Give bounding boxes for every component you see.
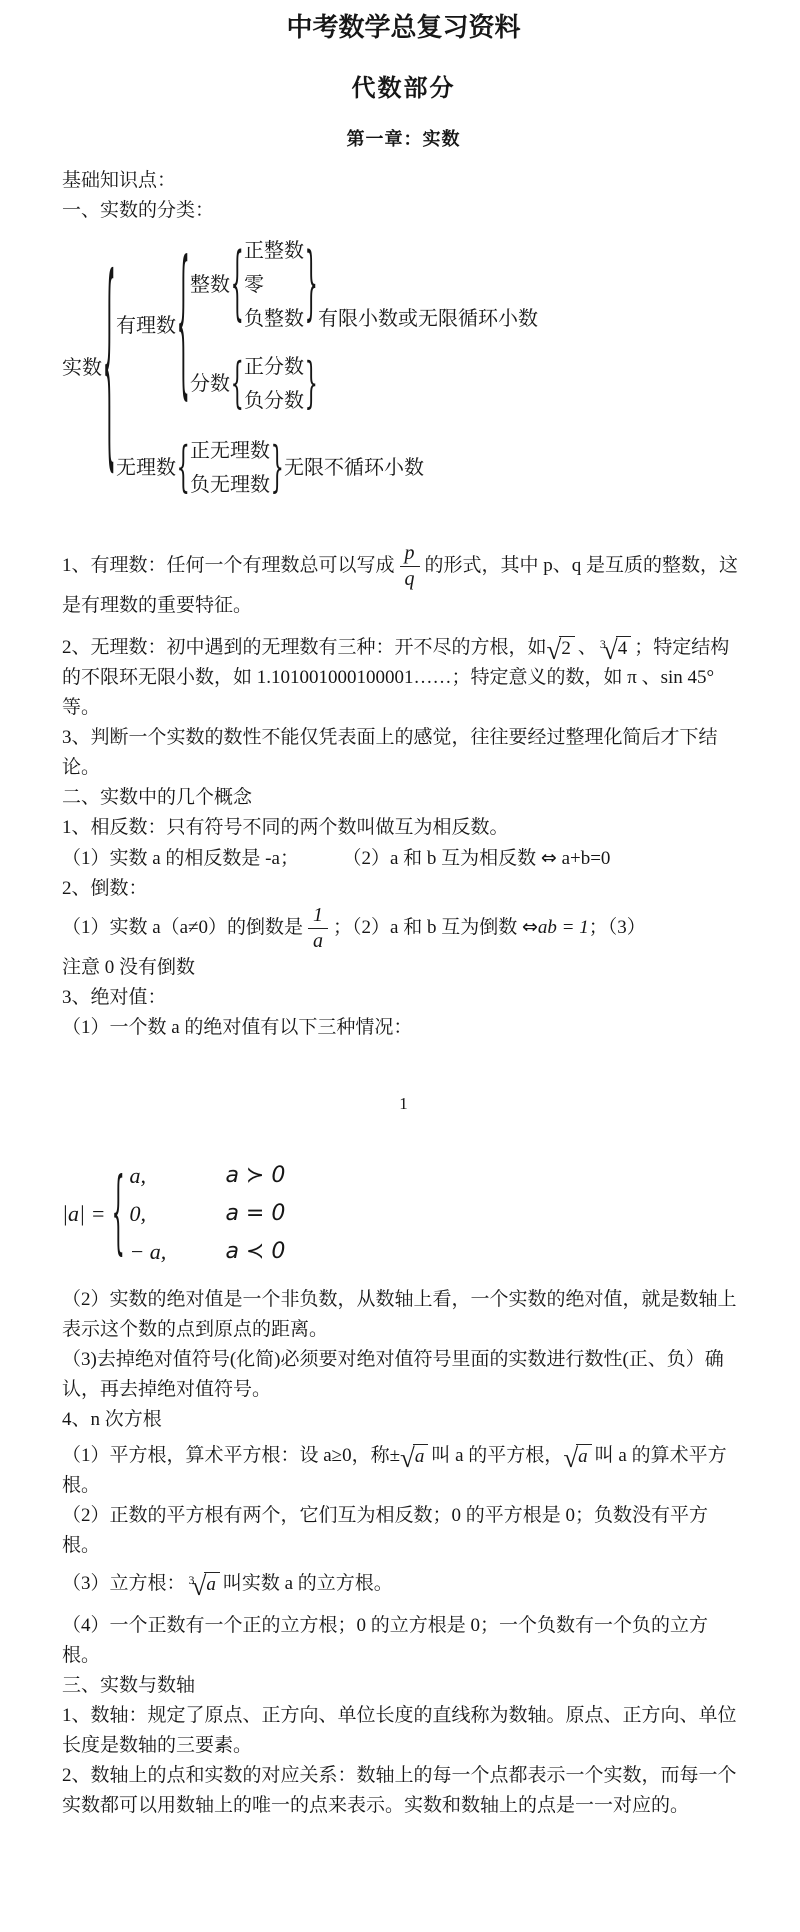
irrational-def-s2: 、 — [578, 637, 597, 658]
para-irrational-definition: 2、无理数：初中遇到的无理数有三种：开不尽的方根，如√2、3√4；特定结构的不限… — [62, 633, 745, 723]
part-title: 代数部分 — [62, 72, 745, 106]
integer-label: 整数 — [190, 268, 230, 302]
reciprocal-equation: ab = 1 — [538, 917, 589, 938]
irrational-decimal-note: 无限不循环小数 — [284, 451, 424, 485]
section-concepts-heading: 二、实数中的几个概念 — [62, 783, 745, 813]
para-axis-correspondence: 2、数轴上的点和实数的对应关系：数轴上的每一个点都表示一个实数，而每一个实数都可… — [62, 1761, 745, 1821]
fraction-item-positive: 正分数 — [244, 350, 304, 384]
para-opposite-detail: （1）实数 a 的相反数是 -a； （2）a 和 b 互为相反数 ⇔ a+b=0 — [62, 843, 745, 874]
chapter-title: 第一章：实数 — [62, 126, 745, 152]
irrational-label: 无理数 — [116, 451, 176, 485]
para-square-root-count: （2）正数的平方根有两个，它们互为相反数；0 的平方根是 0；负数没有平方根。 — [62, 1501, 745, 1561]
fraction-1-over-a: 1a — [308, 904, 328, 953]
sqrt-2: √2 — [550, 636, 575, 661]
opposite-detail-2: （2）a 和 b 互为相反数 — [342, 848, 540, 869]
fraction-label: 分数 — [190, 367, 230, 401]
para-absolute-intro: （1）一个数 a 的绝对值有以下三种情况： — [62, 1013, 745, 1043]
para-absolute-remove-sign: （3)去掉绝对值符号(化简)必须要对绝对值符号里面的实数进行数性(正、负）确认，… — [62, 1345, 745, 1405]
integer-item-negative: 负整数 — [244, 302, 304, 336]
iff-symbol-2: ⇔ — [522, 916, 538, 938]
fraction-right-brace: } — [304, 350, 318, 418]
absolute-value-formula: |a| = { a, a ≻ 0 0, a = 0 − a, a ≺ 0 — [62, 1157, 745, 1271]
integer-item-zero: 零 — [244, 268, 304, 302]
cube-root-after: 叫实数 a 的立方根。 — [223, 1573, 393, 1594]
fraction-left-brace: { — [230, 350, 244, 418]
cube-root-a: 3√a — [189, 1572, 220, 1597]
para-cube-root: （3）立方根：3√a叫实数 a 的立方根。 — [62, 1569, 745, 1599]
document-page: 中考数学总复习资料 代数部分 第一章：实数 基础知识点： 一、实数的分类： 实数… — [0, 0, 800, 1932]
para-reciprocal-note: 注意 0 没有倒数 — [62, 953, 745, 983]
para-absolute-nonneg: （2）实数的绝对值是一个非负数，从数轴上看，一个实数的绝对值，就是数轴上表示这个… — [62, 1285, 745, 1345]
integer-group: 整数 { 正整数 零 负整数 } 有限小数或无限循环小数 — [190, 234, 538, 336]
irrational-item-negative: 负无理数 — [190, 468, 270, 502]
rational-label: 有理数 — [116, 309, 176, 343]
para-reciprocal-title: 2、倒数： — [62, 874, 745, 904]
section-classification-heading: 一、实数的分类： — [62, 196, 745, 226]
class-root-label: 实数 — [62, 351, 102, 385]
basics-label: 基础知识点： — [62, 166, 745, 196]
integer-item-positive: 正整数 — [244, 234, 304, 268]
reciprocal-before: （1）实数 a（a≠0）的倒数是 — [62, 917, 303, 938]
square-root-before: （1）平方根，算术平方根：设 a≥0，称± — [62, 1445, 400, 1466]
irrational-def-s1: 2、无理数：初中遇到的无理数有三种：开不尽的方根，如 — [62, 637, 547, 658]
integer-left-brace: { — [230, 234, 244, 336]
integer-right-brace: } — [304, 234, 318, 336]
fraction-p-over-q: pq — [400, 542, 420, 591]
section-nth-root-heading: 4、n 次方根 — [62, 1405, 745, 1435]
abs-case-negative: − a, a ≺ 0 — [129, 1233, 285, 1271]
outer-left-brace: { — [102, 234, 116, 502]
para-opposite-title: 1、相反数：只有符号不同的两个数叫做互为相反数。 — [62, 813, 745, 843]
opposite-equation: a+b=0 — [557, 848, 611, 869]
reciprocal-after: ；（3） — [589, 917, 646, 938]
sqrt-a-1: √a — [403, 1444, 428, 1469]
page-number: 1 — [62, 1091, 745, 1117]
para-judgement-note: 3、判断一个实数的数性不能仅凭表面上的感觉，往往要经过整理化简后才下结论。 — [62, 723, 745, 783]
iff-symbol: ⇔ — [541, 847, 557, 869]
abs-lhs: |a| = — [62, 1199, 105, 1229]
square-root-mid: 叫 a 的平方根， — [431, 1445, 563, 1466]
section-axis-heading: 三、实数与数轴 — [62, 1671, 745, 1701]
irrational-item-positive: 正无理数 — [190, 434, 270, 468]
para-cube-root-count: （4）一个正数有一个正的立方根；0 的立方根是 0；一个负数有一个负的立方根。 — [62, 1611, 745, 1671]
doc-title: 中考数学总复习资料 — [62, 10, 745, 46]
rational-def-before: 1、有理数：任何一个有理数总可以写成 — [62, 555, 395, 576]
para-axis-definition: 1、数轴：规定了原点、正方向、单位长度的直线称为数轴。原点、正方向、单位长度是数… — [62, 1701, 745, 1761]
para-square-root: （1）平方根，算术平方根：设 a≥0，称±√a叫 a 的平方根，√a叫 a 的算… — [62, 1441, 745, 1501]
irrational-left-brace: { — [176, 434, 190, 502]
irrational-block: 无理数 { 正无理数 负无理数 } 无限不循环小数 — [116, 434, 538, 502]
abs-case-positive: a, a ≻ 0 — [129, 1157, 285, 1195]
opposite-detail-1: （1）实数 a 的相反数是 -a； — [62, 848, 299, 869]
rational-left-brace: { — [176, 234, 190, 418]
cases-left-brace: { — [111, 1157, 125, 1271]
fraction-group: 分数 { 正分数 负分数 } — [190, 350, 538, 418]
rational-decimal-note: 有限小数或无限循环小数 — [318, 302, 538, 336]
para-reciprocal-detail: （1）实数 a（a≠0）的倒数是1a；（2）a 和 b 互为倒数 ⇔ab = 1… — [62, 904, 745, 953]
cube-root-4: 3√4 — [600, 636, 631, 661]
real-number-classification-diagram: 实数 { 有理数 { 整数 { 正整数 零 负整数 — [62, 234, 745, 502]
abs-case-zero: 0, a = 0 — [129, 1195, 285, 1233]
fraction-item-negative: 负分数 — [244, 384, 304, 418]
reciprocal-mid: ；（2）a 和 b 互为倒数 — [333, 917, 522, 938]
para-rational-definition: 1、有理数：任何一个有理数总可以写成pq的形式，其中 p、q 是互质的整数，这是… — [62, 542, 745, 621]
rational-block: 有理数 { 整数 { 正整数 零 负整数 } 有限小数或无限循环小数 — [116, 234, 538, 418]
irrational-right-brace: } — [270, 434, 284, 502]
cube-root-before: （3）立方根： — [62, 1573, 186, 1594]
sqrt-a-2: √a — [566, 1444, 591, 1469]
para-absolute-title: 3、绝对值： — [62, 983, 745, 1013]
